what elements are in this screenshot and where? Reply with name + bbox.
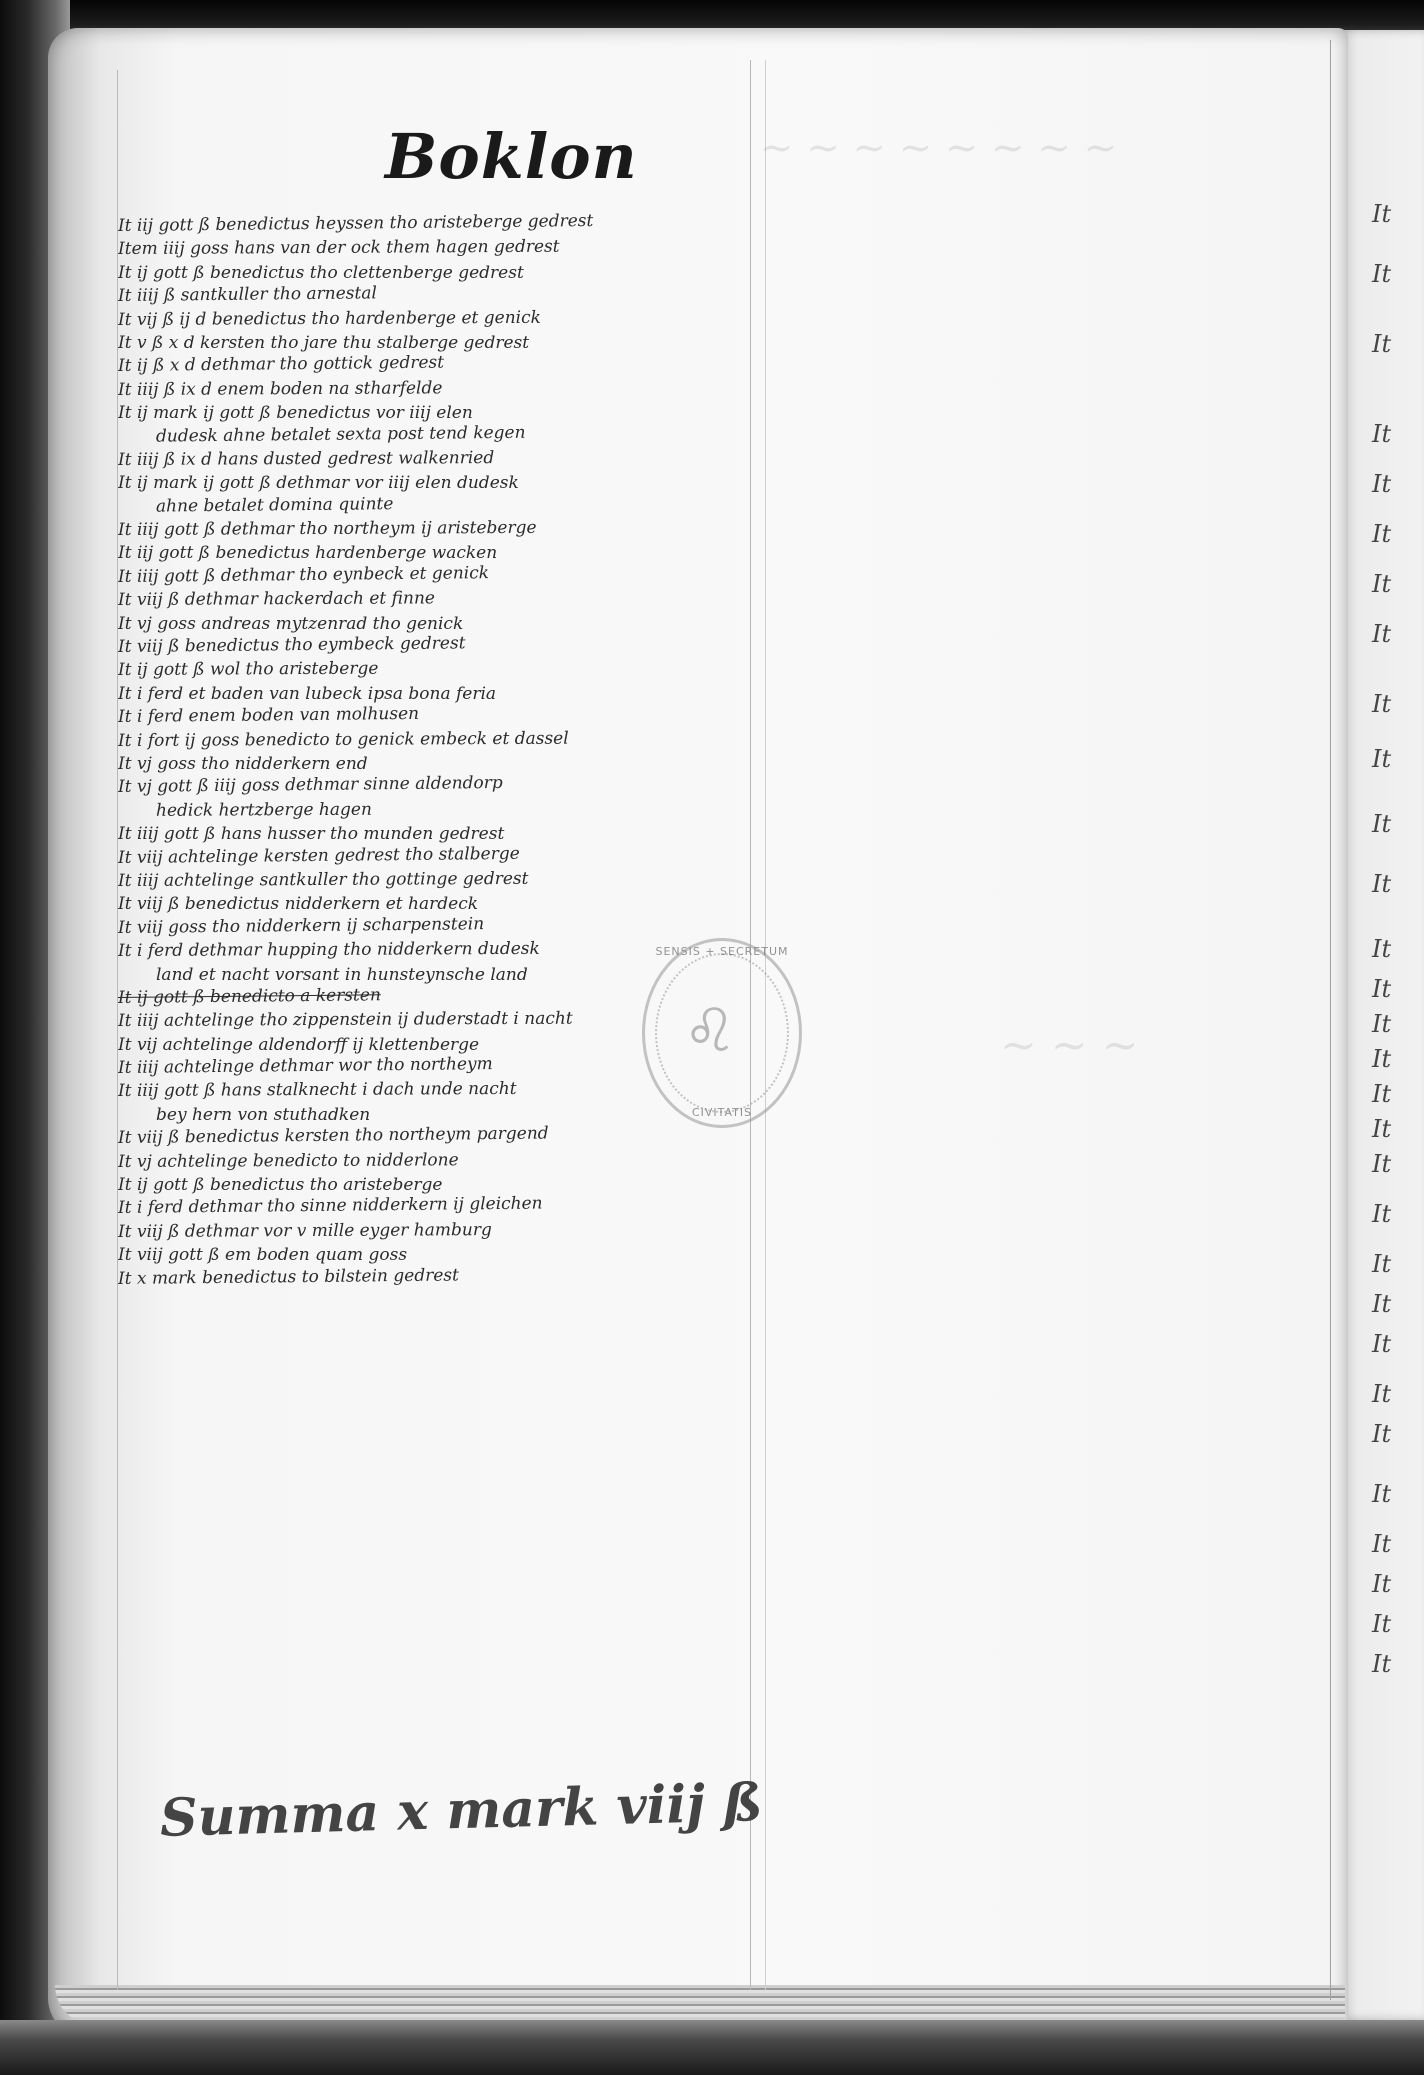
page-title: Boklon — [385, 120, 638, 193]
facing-page-item-mark: It — [1372, 200, 1391, 228]
facing-page-item-mark: It — [1372, 1150, 1391, 1178]
seal-bottom-text: CIVITATIS — [645, 1106, 799, 1119]
facing-page-item-mark: It — [1372, 1480, 1391, 1508]
ledger-entry: It viij ß benedictus kersten tho northey… — [118, 1121, 758, 1151]
bleed-through-text: ~ ~ ~ ~ ~ ~ ~ ~ — [760, 125, 1117, 171]
facing-page-item-mark: It — [1372, 330, 1391, 358]
facing-page-item-mark: It — [1372, 1200, 1391, 1228]
facing-page-item-mark: It — [1372, 1115, 1391, 1143]
ledger-entry: It ij ß x d dethmar tho gottick gedrest — [118, 349, 758, 379]
ledger-entry: It vj achtelinge benedicto to nidderlone — [118, 1147, 758, 1174]
facing-page-item-mark: It — [1372, 975, 1391, 1003]
ledger-entry: It iiij ß ix d hans dusted gedrest walke… — [118, 446, 758, 473]
ledger-entry: It i fort ij goss benedicto to genick em… — [118, 726, 758, 753]
facing-page-item-mark: It — [1372, 870, 1391, 898]
ledger-entry: It viij ß dethmar vor v mille eyger hamb… — [118, 1217, 758, 1244]
facing-page-item-mark: It — [1372, 260, 1391, 288]
ledger-entry: It vj gott ß iiij goss dethmar sinne ald… — [118, 770, 758, 800]
facing-page-item-mark: It — [1372, 1650, 1391, 1678]
facing-page-item-mark: It — [1372, 1250, 1391, 1278]
ledger-entry: It vij ß ij d benedictus tho hardenberge… — [118, 305, 758, 332]
facing-page-item-mark: It — [1372, 570, 1391, 598]
facing-page-item-mark: It — [1372, 1420, 1391, 1448]
page-edge-stack — [55, 1985, 1345, 2025]
gutter-line — [1330, 40, 1331, 2000]
ledger-entry: It i ferd enem boden van molhusen — [118, 700, 758, 730]
ledger-entries: It iij gott ß benedictus heyssen tho ari… — [118, 215, 758, 1291]
facing-page-item-mark: It — [1372, 1330, 1391, 1358]
facing-page-item-mark: It — [1372, 520, 1391, 548]
facing-page-item-mark: It — [1372, 470, 1391, 498]
facing-page-item-mark: It — [1372, 810, 1391, 838]
facing-page-item-mark: It — [1372, 745, 1391, 773]
facing-page-item-mark: It — [1372, 1570, 1391, 1598]
facing-page-item-mark: It — [1372, 1045, 1391, 1073]
facing-page-item-mark: It — [1372, 1610, 1391, 1638]
facing-page-item-mark: It — [1372, 690, 1391, 718]
ledger-entry: hedick hertzberge hagen — [118, 796, 758, 823]
ledger-entry: It iiij achtelinge santkuller tho gottin… — [118, 867, 758, 894]
facing-page-item-mark: It — [1372, 1380, 1391, 1408]
ledger-entry: It viij ß dethmar hackerdach et finne — [118, 586, 758, 613]
facing-page-item-mark: It — [1372, 1080, 1391, 1108]
ledger-entry: It i ferd dethmar tho sinne nidderkern i… — [118, 1191, 758, 1221]
seal-top-text: SENSIS + SECRETUM — [645, 945, 799, 958]
facing-page-item-mark: It — [1372, 935, 1391, 963]
ledger-entry: It iiij gott ß dethmar tho northeym ij a… — [118, 516, 758, 543]
book-binding-bottom — [0, 2020, 1424, 2075]
facing-page-item-mark: It — [1372, 420, 1391, 448]
ledger-entry: Item iiij goss hans van der ock them hag… — [118, 235, 758, 262]
facing-page-item-mark: It — [1372, 1290, 1391, 1318]
facing-page-item-mark: It — [1372, 1010, 1391, 1038]
facing-page-item-mark: It — [1372, 620, 1391, 648]
bleed-through-text: ~ ~ ~ — [1000, 1020, 1139, 1071]
ledger-entry: It iiij ß ix d enem boden na stharfelde — [118, 375, 758, 402]
ledger-entry: It ij gott ß wol tho aristeberge — [118, 656, 758, 683]
facing-page-item-mark: It — [1372, 1530, 1391, 1558]
archive-seal-stamp: SENSIS + SECRETUM ♌ CIVITATIS — [642, 938, 802, 1128]
lion-icon: ♌ — [683, 996, 737, 1066]
